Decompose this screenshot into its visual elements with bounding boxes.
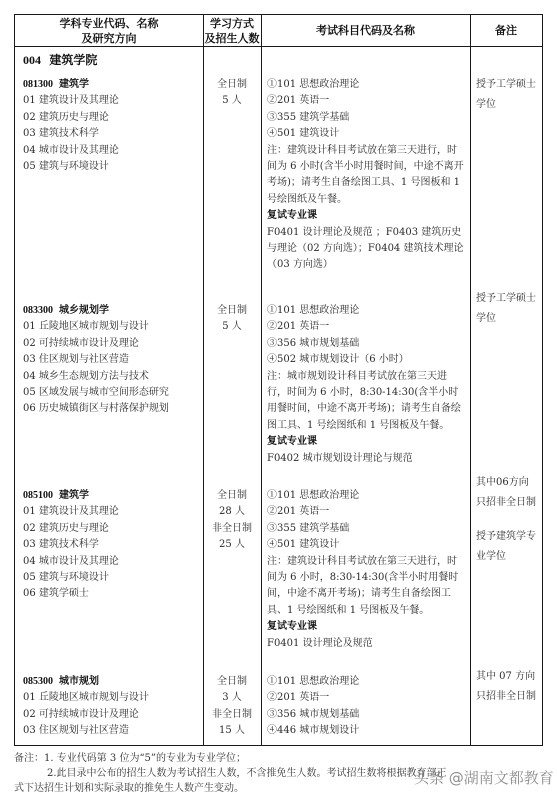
column-divider (203, 15, 204, 745)
direction-item: 04 城市设计及其理论 (23, 554, 119, 570)
direction-item: 01 丘陵地区城市规划与设计 (23, 690, 149, 706)
exam-item: ③355 建筑学基础 (267, 110, 465, 126)
exam-note: 注：建筑设计科目考试放在第三天进行，时间为 6 小时，8:30-14:30(含半… (267, 554, 465, 620)
admissions-table: 学科专业代码、名称及研究方向 学习方式及招生人数 考试科目代码及名称 备注 00… (14, 14, 543, 746)
retest-courses: F0401 设计理论及规范 (267, 636, 465, 652)
direction-item: 02 可持续城市设计及理论 (23, 707, 149, 723)
remarks-085300: 其中 07 方向只招非全日制 (476, 667, 538, 707)
direction-item: 04 城市设计及其理论 (23, 143, 119, 159)
direction-item: 01 丘陵地区城市规划与设计 (23, 319, 169, 335)
remark-item: 授予工学硕士学位 (476, 75, 538, 115)
exam-item: ②201 英语一 (267, 690, 465, 706)
exam-item: ③356 城市规划基础 (267, 336, 465, 352)
exam-item: ①101 思想政治理论 (267, 303, 465, 319)
header-major-line2: 及研究方向 (60, 31, 159, 46)
exam-item: ②201 英语一 (267, 319, 465, 335)
direction-item: 02 建筑历史与理论 (23, 521, 119, 537)
program-code: 085100 (23, 490, 53, 501)
header-mode-line2: 及招生人数 (205, 31, 260, 46)
program-085300: 085300城市规划 01 丘陵地区城市规划与设计 02 可持续城市设计及理论 … (23, 674, 149, 740)
study-mode: 全日制 (203, 303, 261, 319)
enrollment-count: 28 人 (203, 504, 261, 520)
direction-item: 05 建筑与环境设计 (23, 159, 119, 175)
header-divider (15, 46, 542, 47)
remark-item: 其中06方向只招非全日制 (476, 473, 538, 513)
exams-083300: ①101 思想政治理论 ②201 英语一 ③356 城市规划基础 ④502 城市… (267, 303, 465, 467)
study-mode: 非全日制 (203, 521, 261, 537)
enrollment-count: 5 人 (203, 319, 261, 335)
program-code: 085300 (23, 676, 53, 687)
exam-item: ①101 思想政治理论 (267, 77, 465, 93)
exam-item: ①101 思想政治理论 (267, 488, 465, 504)
program-name: 城乡规划学 (59, 305, 109, 316)
exams-085100: ①101 思想政治理论 ②201 英语一 ③355 建筑学基础 ④501 建筑设… (267, 488, 465, 652)
exam-item: ②201 英语一 (267, 93, 465, 109)
program-083300: 083300城乡规划学 01 丘陵地区城市规划与设计 02 可持续城市设计及理论… (23, 303, 169, 418)
exam-item: ④502 城市规划设计（6 小时） (267, 352, 465, 368)
direction-item: 02 建筑历史与理论 (23, 110, 119, 126)
remark-item: 授予建筑学专业学位 (476, 527, 538, 567)
enrollment-count: 3 人 (203, 690, 261, 706)
retest-courses: F0402 城市规划设计理论与规范 (267, 451, 465, 467)
retest-title: 复试专业课 (267, 619, 465, 635)
study-mode-085300: 全日制 3 人 非全日制 15 人 (203, 674, 261, 740)
exam-note: 注：建筑设计科目考试放在第三天进行，时间为 6 小时(含半小时用餐时间，中途不离… (267, 143, 465, 209)
header-exams: 考试科目代码及名称 (261, 15, 470, 46)
retest-courses: F0401 设计理论及规范 ；F0403 建筑历史与理论（02 方向选）；F04… (267, 225, 465, 274)
program-081300: 081300建筑学 01 建筑设计及其理论 02 建筑历史与理论 03 建筑技术… (23, 77, 119, 175)
study-mode: 全日制 (203, 77, 261, 93)
exam-item: ④501 建筑设计 (267, 126, 465, 142)
direction-item: 03 住区规划与社区营造 (23, 352, 169, 368)
exam-item: ④501 建筑设计 (267, 537, 465, 553)
retest-title: 复试专业课 (267, 208, 465, 224)
remarks-081300: 授予工学硕士学位 (476, 75, 538, 115)
footnote-2: 2.此目录中公布的招生人数为考试招生人数，不含推免生人数。考试招生数将根据教育部… (14, 766, 447, 781)
header-major-line1: 学科专业代码、名称 (60, 16, 159, 31)
study-mode-085100: 全日制 28 人 非全日制 25 人 (203, 488, 261, 554)
direction-item: 03 住区规划与社区营造 (23, 723, 149, 739)
program-name: 建筑学 (59, 79, 89, 90)
column-divider (261, 15, 262, 745)
remark-item: 授予工学硕士学位 (476, 289, 538, 329)
header-study-mode: 学习方式及招生人数 (203, 15, 261, 46)
department-name: 建筑学院 (49, 53, 97, 67)
exam-item: ①101 思想政治理论 (267, 674, 465, 690)
footnote-1: 备注：1. 专业代码第 3 位为“5”的专业为专业学位； (14, 751, 447, 766)
enrollment-count: 25 人 (203, 537, 261, 553)
exam-item: ③355 建筑学基础 (267, 521, 465, 537)
header-mode-line1: 学习方式 (205, 16, 260, 31)
column-divider (470, 15, 471, 745)
exam-item: ③356 城市规划基础 (267, 707, 465, 723)
exam-item: ②201 英语一 (267, 504, 465, 520)
exam-note: 注：城市规划设计科目考试放在第三天进行，时间为 6 小时，8:30-14:30(… (267, 369, 465, 435)
study-mode: 全日制 (203, 674, 261, 690)
remark-item: 其中 07 方向只招非全日制 (476, 667, 538, 707)
footnote-2-cont: 式下达招生计划和实际录取的推免生人数产生变动。 (14, 781, 447, 796)
exams-081300: ①101 思想政治理论 ②201 英语一 ③355 建筑学基础 ④501 建筑设… (267, 77, 465, 274)
direction-item: 03 建筑技术科学 (23, 126, 119, 142)
direction-item: 03 建筑技术科学 (23, 537, 119, 553)
direction-item: 01 建筑设计及其理论 (23, 93, 119, 109)
exam-item: ④446 城市规划设计 (267, 723, 465, 739)
department-title: 004 建筑学院 (23, 52, 97, 68)
program-code: 083300 (23, 305, 53, 316)
remarks-083300: 授予工学硕士学位 (476, 289, 538, 329)
program-code: 081300 (23, 79, 53, 90)
direction-item: 05 建筑与环境设计 (23, 570, 119, 586)
footnotes: 备注：1. 专业代码第 3 位为“5”的专业为专业学位； 2.此目录中公布的招生… (14, 751, 447, 796)
watermark: 头条 @湖南文都教育 (414, 767, 554, 788)
department-code: 004 (23, 53, 41, 67)
enrollment-count: 5 人 (203, 93, 261, 109)
study-mode-083300: 全日制 5 人 (203, 303, 261, 336)
direction-item: 06 建筑学硕士 (23, 586, 119, 602)
retest-title: 复试专业课 (267, 434, 465, 450)
program-name: 城市规划 (59, 676, 99, 687)
header-major: 学科专业代码、名称及研究方向 (15, 15, 203, 46)
program-085100: 085100建筑学 01 建筑设计及其理论 02 建筑历史与理论 03 建筑技术… (23, 488, 119, 603)
direction-item: 05 区域发展与城市空间形态研究 (23, 385, 169, 401)
direction-item: 06 历史城镇街区与村落保护规划 (23, 401, 169, 417)
direction-item: 04 城乡生态规划方法与技术 (23, 369, 169, 385)
header-remarks: 备注 (470, 15, 542, 46)
remarks-085100: 其中06方向只招非全日制 授予建筑学专业学位 (476, 473, 538, 567)
study-mode: 全日制 (203, 488, 261, 504)
program-name: 建筑学 (59, 490, 89, 501)
exams-085300: ①101 思想政治理论 ②201 英语一 ③356 城市规划基础 ④446 城市… (267, 674, 465, 740)
direction-item: 02 可持续城市设计及理论 (23, 336, 169, 352)
enrollment-count: 15 人 (203, 723, 261, 739)
study-mode: 非全日制 (203, 707, 261, 723)
direction-item: 01 建筑设计及其理论 (23, 504, 119, 520)
study-mode-081300: 全日制 5 人 (203, 77, 261, 110)
